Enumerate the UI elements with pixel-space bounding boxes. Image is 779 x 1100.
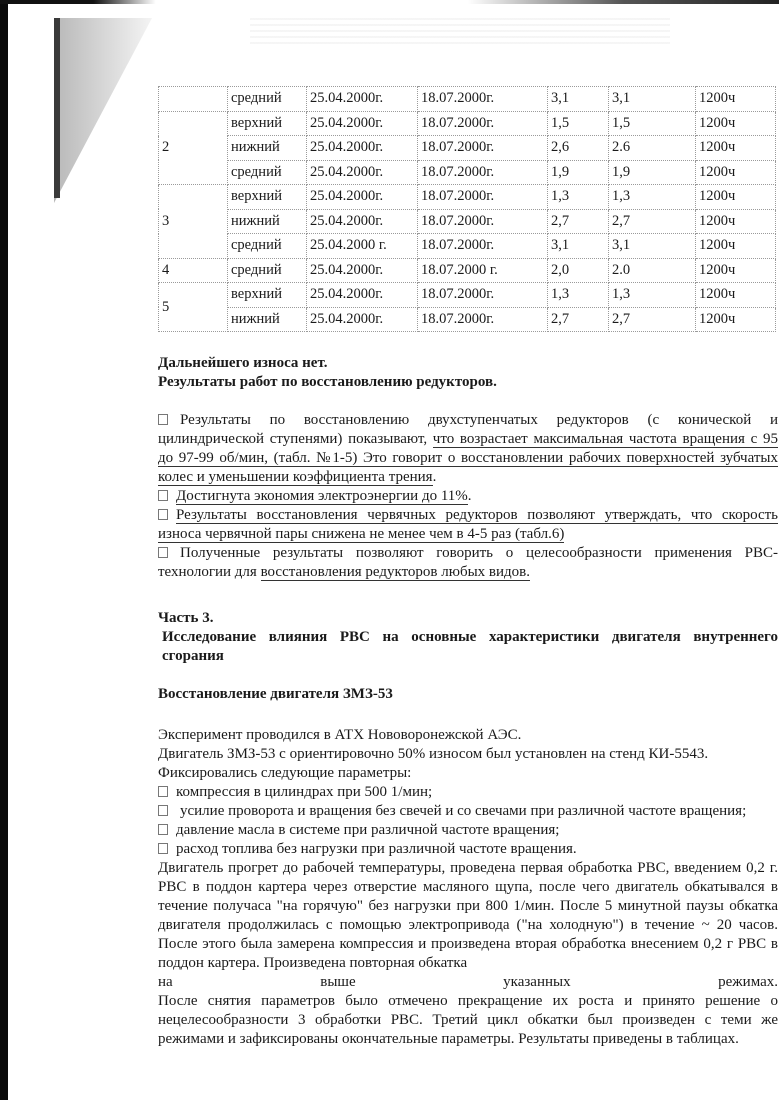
group-number-cell: [159, 87, 228, 112]
part-label: Часть 3.: [158, 609, 778, 628]
result-bullet-3: Результаты восстановления червячных реду…: [158, 506, 778, 544]
intro-line-1: Эксперимент проводился в АТХ Нововоронеж…: [158, 726, 778, 745]
wear-table: средний25.04.2000г.18.07.2000г.3,13,1120…: [158, 86, 776, 332]
cell-val1: 1,3: [548, 283, 609, 308]
cell-hours: 1200ч: [696, 185, 776, 210]
table-row: 4средний25.04.2000г.18.07.2000 г.2,02.01…: [159, 258, 776, 283]
cell-date-end: 18.07.2000г.: [418, 160, 548, 185]
cell-date-end: 18.07.2000г.: [418, 87, 548, 112]
group-number-cell: 3: [159, 185, 228, 259]
cell-date-start: 25.04.2000г.: [307, 209, 418, 234]
cell-date-end: 18.07.2000г.: [418, 185, 548, 210]
cell-position: средний: [228, 234, 307, 259]
cell-position: средний: [228, 160, 307, 185]
scan-dark-edge: [0, 0, 8, 1100]
group-number-cell: 4: [159, 258, 228, 283]
procedure-paragraph: Двигатель прогрет до рабочей температуры…: [158, 859, 778, 973]
cell-hours: 1200ч: [696, 111, 776, 136]
cell-val2: 2.6: [609, 136, 696, 161]
table-row: 2верхний25.04.2000г.18.07.2000г.1,51,512…: [159, 111, 776, 136]
table-row: нижний25.04.2000г.18.07.2000г.2,72,71200…: [159, 209, 776, 234]
table-row: средний25.04.2000 г.18.07.2000г.3,13,112…: [159, 234, 776, 259]
document-body: средний25.04.2000г.18.07.2000г.3,13,1120…: [158, 86, 778, 1049]
cell-hours: 1200ч: [696, 209, 776, 234]
cell-date-end: 18.07.2000г.: [418, 136, 548, 161]
bleed-through-text: [250, 18, 670, 44]
cell-val2: 1,3: [609, 185, 696, 210]
table-row: 3верхний25.04.2000г.18.07.2000г.1,31,312…: [159, 185, 776, 210]
cell-position: верхний: [228, 111, 307, 136]
part-title: Исследование влияния РВС на основные хар…: [158, 628, 778, 666]
bullet-box-icon: [158, 843, 168, 854]
cell-position: нижний: [228, 209, 307, 234]
cell-date-end: 18.07.2000г.: [418, 209, 548, 234]
cell-val1: 1,9: [548, 160, 609, 185]
bullet-box-icon: [158, 509, 168, 520]
cell-val1: 2,7: [548, 307, 609, 332]
table-row: средний25.04.2000г.18.07.2000г.1,91,9120…: [159, 160, 776, 185]
cell-val2: 2,7: [609, 209, 696, 234]
cell-val1: 3,1: [548, 87, 609, 112]
cell-hours: 1200ч: [696, 283, 776, 308]
cell-val2: 1,3: [609, 283, 696, 308]
cell-date-end: 18.07.2000 г.: [418, 258, 548, 283]
engine-subheading: Восстановление двигателя ЗМЗ-53: [158, 685, 778, 704]
cell-date-end: 18.07.2000г.: [418, 283, 548, 308]
cell-date-start: 25.04.2000г.: [307, 283, 418, 308]
result-bullet-2: Достигнута экономия электроэнергии до 11…: [158, 487, 778, 506]
bullet-box-icon: [158, 414, 168, 425]
cell-date-end: 18.07.2000г.: [418, 111, 548, 136]
param-item-1: компрессия в цилиндрах при 500 1/мин;: [158, 783, 778, 802]
bullet-box-icon: [158, 786, 168, 797]
cell-date-start: 25.04.2000 г.: [307, 234, 418, 259]
cell-position: верхний: [228, 283, 307, 308]
bullet-box-icon: [158, 490, 168, 501]
cell-hours: 1200ч: [696, 234, 776, 259]
cell-val2: 1,9: [609, 160, 696, 185]
cell-date-start: 25.04.2000г.: [307, 136, 418, 161]
cell-date-end: 18.07.2000г.: [418, 234, 548, 259]
bullet-box-icon: [158, 547, 168, 558]
cell-hours: 1200ч: [696, 307, 776, 332]
bullet-box-icon: [158, 824, 168, 835]
cell-date-start: 25.04.2000г.: [307, 307, 418, 332]
cell-val1: 2,6: [548, 136, 609, 161]
cell-val1: 2,0: [548, 258, 609, 283]
group-number-cell: 5: [159, 283, 228, 332]
cell-val2: 1,5: [609, 111, 696, 136]
cell-position: нижний: [228, 307, 307, 332]
cell-hours: 1200ч: [696, 160, 776, 185]
intro-line-2: Двигатель ЗМЗ-53 с ориентировочно 50% из…: [158, 745, 778, 764]
param-item-2: усилие проворота и вращения без свечей и…: [158, 802, 778, 821]
cell-val2: 2.0: [609, 258, 696, 283]
procedure-paragraph-last-line: навышеуказанныхрежимах.: [158, 973, 778, 992]
cell-hours: 1200ч: [696, 258, 776, 283]
cell-date-start: 25.04.2000г.: [307, 111, 418, 136]
cell-val2: 2,7: [609, 307, 696, 332]
cell-val1: 3,1: [548, 234, 609, 259]
group-number-cell: 2: [159, 111, 228, 185]
bullet-box-icon: [158, 805, 168, 816]
cell-hours: 1200ч: [696, 136, 776, 161]
cell-val2: 3,1: [609, 234, 696, 259]
cell-val1: 1,3: [548, 185, 609, 210]
section-heading-reducers: Результаты работ по восстановлению редук…: [158, 373, 778, 392]
cell-hours: 1200ч: [696, 87, 776, 112]
cell-date-start: 25.04.2000г.: [307, 160, 418, 185]
cell-val1: 1,5: [548, 111, 609, 136]
table-row: нижний25.04.2000г.18.07.2000г.2,62.61200…: [159, 136, 776, 161]
conclusion-paragraph: После снятия параметров было отмечено пр…: [158, 992, 778, 1049]
cell-position: средний: [228, 258, 307, 283]
table-row: средний25.04.2000г.18.07.2000г.3,13,1120…: [159, 87, 776, 112]
cell-date-start: 25.04.2000г.: [307, 258, 418, 283]
cell-val1: 2,7: [548, 209, 609, 234]
result-bullet-1: Результаты по восстановлению двухступенч…: [158, 411, 778, 487]
intro-line-3: Фиксировались следующие параметры:: [158, 764, 778, 783]
cell-position: верхний: [228, 185, 307, 210]
table-row: 5верхний25.04.2000г.18.07.2000г.1,31,312…: [159, 283, 776, 308]
cell-position: нижний: [228, 136, 307, 161]
cell-date-start: 25.04.2000г.: [307, 87, 418, 112]
cell-position: средний: [228, 87, 307, 112]
param-item-4: расход топлива без нагрузки при различно…: [158, 840, 778, 859]
table-row: нижний25.04.2000г.18.07.2000г.2,72,71200…: [159, 307, 776, 332]
cell-date-end: 18.07.2000г.: [418, 307, 548, 332]
cell-date-start: 25.04.2000г.: [307, 185, 418, 210]
cell-val2: 3,1: [609, 87, 696, 112]
param-item-3: давление масла в системе при различной ч…: [158, 821, 778, 840]
scan-top-edge: [0, 0, 779, 4]
binder-shadow-decoration: [54, 18, 154, 203]
result-bullet-4: Полученные результаты позволяют говорить…: [158, 544, 778, 582]
no-wear-note: Дальнейшего износа нет.: [158, 354, 778, 373]
